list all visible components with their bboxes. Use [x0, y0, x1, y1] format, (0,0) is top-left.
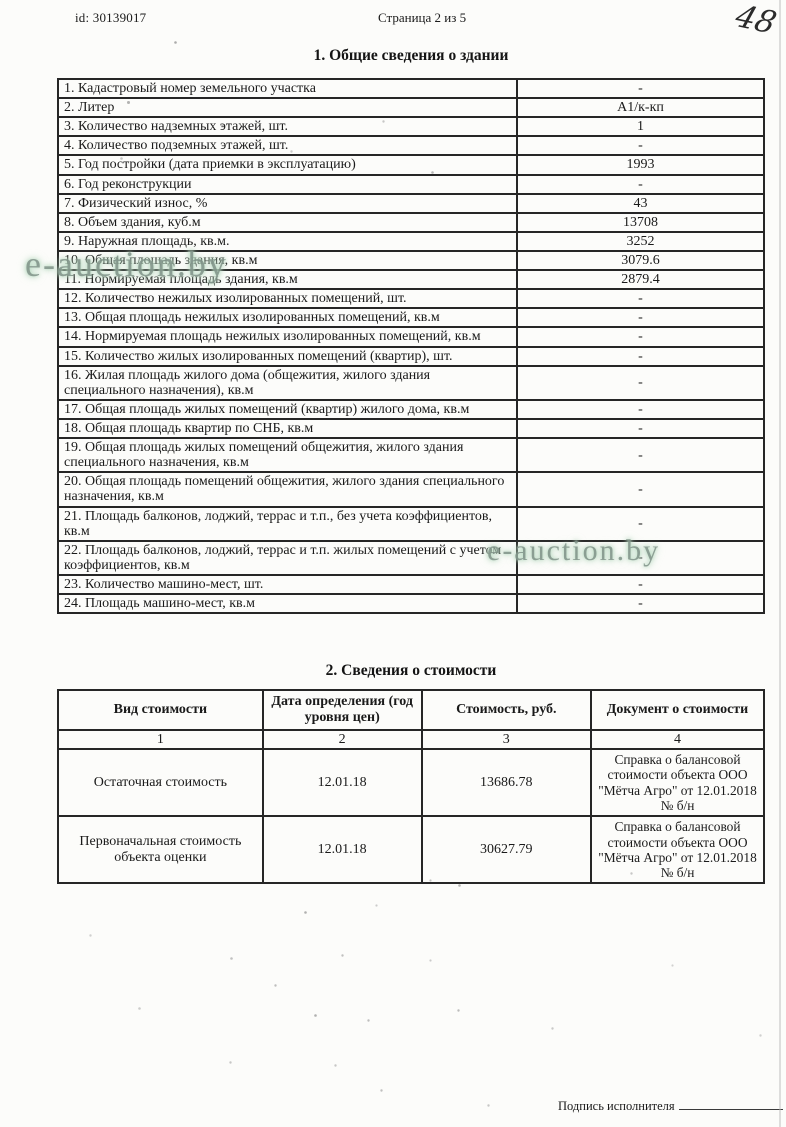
building-row-value: -: [517, 400, 764, 419]
section1-title: 1. Общие сведения о здании: [57, 47, 765, 65]
signature-block: Подпись исполнителя: [558, 1099, 783, 1114]
cost-column-numbers-row: 1 2 3 4: [58, 730, 764, 749]
col-number: 4: [591, 730, 764, 749]
handwritten-page-number: 48: [731, 0, 781, 41]
building-info-row: 5. Год постройки (дата приемки в эксплуа…: [58, 155, 764, 174]
cost-table-head: Вид стоимости Дата определения (год уров…: [58, 690, 764, 749]
cost-row-date: 12.01.18: [263, 816, 422, 883]
col-number: 2: [263, 730, 422, 749]
building-row-value: -: [517, 136, 764, 155]
building-row-label: 13. Общая площадь нежилых изолированных …: [58, 308, 517, 327]
building-row-label: 7. Физический износ, %: [58, 194, 517, 213]
cost-header-document: Документ о стоимости: [591, 690, 764, 730]
building-info-row: 23. Количество машино-мест, шт.-: [58, 575, 764, 594]
cost-row-value: 30627.79: [422, 816, 591, 883]
page-indicator: Страница 2 из 5: [378, 10, 466, 26]
building-row-value: -: [517, 347, 764, 366]
building-row-label: 8. Объем здания, куб.м: [58, 213, 517, 232]
building-row-label: 16. Жилая площадь жилого дома (общежития…: [58, 366, 517, 400]
building-info-row: 15. Количество жилых изолированных помещ…: [58, 347, 764, 366]
section2-title: 2. Сведения о стоимости: [57, 662, 765, 680]
building-row-label: 21. Площадь балконов, лоджий, террас и т…: [58, 507, 517, 541]
building-info-row: 1. Кадастровый номер земельного участка-: [58, 79, 764, 98]
building-row-value: 1993: [517, 155, 764, 174]
watermark-e-auction-right: e-auction.by: [487, 534, 660, 568]
building-row-label: 6. Год реконструкции: [58, 175, 517, 194]
cost-header-value: Стоимость, руб.: [422, 690, 591, 730]
building-row-label: 12. Количество нежилых изолированных пом…: [58, 289, 517, 308]
cost-header-date: Дата определения (год уровня цен): [263, 690, 422, 730]
col-number: 1: [58, 730, 263, 749]
building-row-label: 19. Общая площадь жилых помещений общежи…: [58, 438, 517, 472]
building-info-row: 8. Объем здания, куб.м13708: [58, 213, 764, 232]
building-row-value: 3079.6: [517, 251, 764, 270]
building-row-value: -: [517, 175, 764, 194]
cost-row: Остаточная стоимость12.01.1813686.78Спра…: [58, 749, 764, 816]
building-row-label: 18. Общая площадь квартир по СНБ, кв.м: [58, 419, 517, 438]
col-number: 3: [422, 730, 591, 749]
cost-header-row: Вид стоимости Дата определения (год уров…: [58, 690, 764, 730]
scanned-document-page: id: 30139017 Страница 2 из 5 48 1. Общие…: [0, 0, 786, 1127]
cost-header-type: Вид стоимости: [58, 690, 263, 730]
building-row-label: 22. Площадь балконов, лоджий, террас и т…: [58, 541, 517, 575]
building-info-row: 16. Жилая площадь жилого дома (общежития…: [58, 366, 764, 400]
building-info-row: 3. Количество надземных этажей, шт.1: [58, 117, 764, 136]
building-row-label: 5. Год постройки (дата приемки в эксплуа…: [58, 155, 517, 174]
watermark-e-auction-left: e-auction.by: [25, 243, 228, 285]
building-info-row: 12. Количество нежилых изолированных пом…: [58, 289, 764, 308]
building-info-row: 2. ЛитерА1/к-кп: [58, 98, 764, 117]
building-row-value: А1/к-кп: [517, 98, 764, 117]
building-row-label: 14. Нормируемая площадь нежилых изолиров…: [58, 327, 517, 346]
building-row-label: 20. Общая площадь помещений общежития, ж…: [58, 472, 517, 506]
building-row-value: 1: [517, 117, 764, 136]
cost-row: Первоначальная стоимость объекта оценки1…: [58, 816, 764, 883]
building-info-row: 4. Количество подземных этажей, шт.-: [58, 136, 764, 155]
building-row-label: 3. Количество надземных этажей, шт.: [58, 117, 517, 136]
cost-row-document: Справка о балансовой стоимости объекта О…: [591, 816, 764, 883]
building-row-value: 3252: [517, 232, 764, 251]
building-row-value: -: [517, 575, 764, 594]
cost-info-table: Вид стоимости Дата определения (год уров…: [57, 689, 765, 884]
building-info-row: 18. Общая площадь квартир по СНБ, кв.м-: [58, 419, 764, 438]
building-row-label: 24. Площадь машино-мест, кв.м: [58, 594, 517, 613]
document-id: id: 30139017: [75, 10, 146, 26]
building-info-row: 24. Площадь машино-мест, кв.м-: [58, 594, 764, 613]
cost-table-body: Остаточная стоимость12.01.1813686.78Спра…: [58, 749, 764, 883]
building-row-value: -: [517, 472, 764, 506]
building-info-row: 6. Год реконструкции-: [58, 175, 764, 194]
cost-row-value: 13686.78: [422, 749, 591, 816]
building-info-row: 17. Общая площадь жилых помещений (кварт…: [58, 400, 764, 419]
signature-label: Подпись исполнителя: [558, 1099, 675, 1113]
building-row-value: -: [517, 308, 764, 327]
cost-row-type: Первоначальная стоимость объекта оценки: [58, 816, 263, 883]
building-info-row: 14. Нормируемая площадь нежилых изолиров…: [58, 327, 764, 346]
building-row-value: -: [517, 327, 764, 346]
building-row-label: 2. Литер: [58, 98, 517, 117]
building-row-value: -: [517, 366, 764, 400]
signature-blank-line: [679, 1099, 783, 1110]
scan-noise-speckles: [0, 0, 1, 1]
building-row-label: 17. Общая площадь жилых помещений (кварт…: [58, 400, 517, 419]
building-info-row: 19. Общая площадь жилых помещений общежи…: [58, 438, 764, 472]
building-row-value: -: [517, 419, 764, 438]
cost-row-type: Остаточная стоимость: [58, 749, 263, 816]
building-row-value: -: [517, 594, 764, 613]
building-row-label: 15. Количество жилых изолированных помещ…: [58, 347, 517, 366]
building-row-value: 13708: [517, 213, 764, 232]
building-row-value: -: [517, 79, 764, 98]
building-row-value: 43: [517, 194, 764, 213]
building-row-label: 23. Количество машино-мест, шт.: [58, 575, 517, 594]
building-row-value: -: [517, 438, 764, 472]
scan-edge-artifact: [779, 0, 781, 1127]
building-info-row: 7. Физический износ, %43: [58, 194, 764, 213]
building-row-label: 4. Количество подземных этажей, шт.: [58, 136, 517, 155]
building-row-value: 2879.4: [517, 270, 764, 289]
building-row-label: 1. Кадастровый номер земельного участка: [58, 79, 517, 98]
cost-row-document: Справка о балансовой стоимости объекта О…: [591, 749, 764, 816]
cost-row-date: 12.01.18: [263, 749, 422, 816]
building-row-value: -: [517, 289, 764, 308]
building-info-row: 13. Общая площадь нежилых изолированных …: [58, 308, 764, 327]
building-info-row: 20. Общая площадь помещений общежития, ж…: [58, 472, 764, 506]
